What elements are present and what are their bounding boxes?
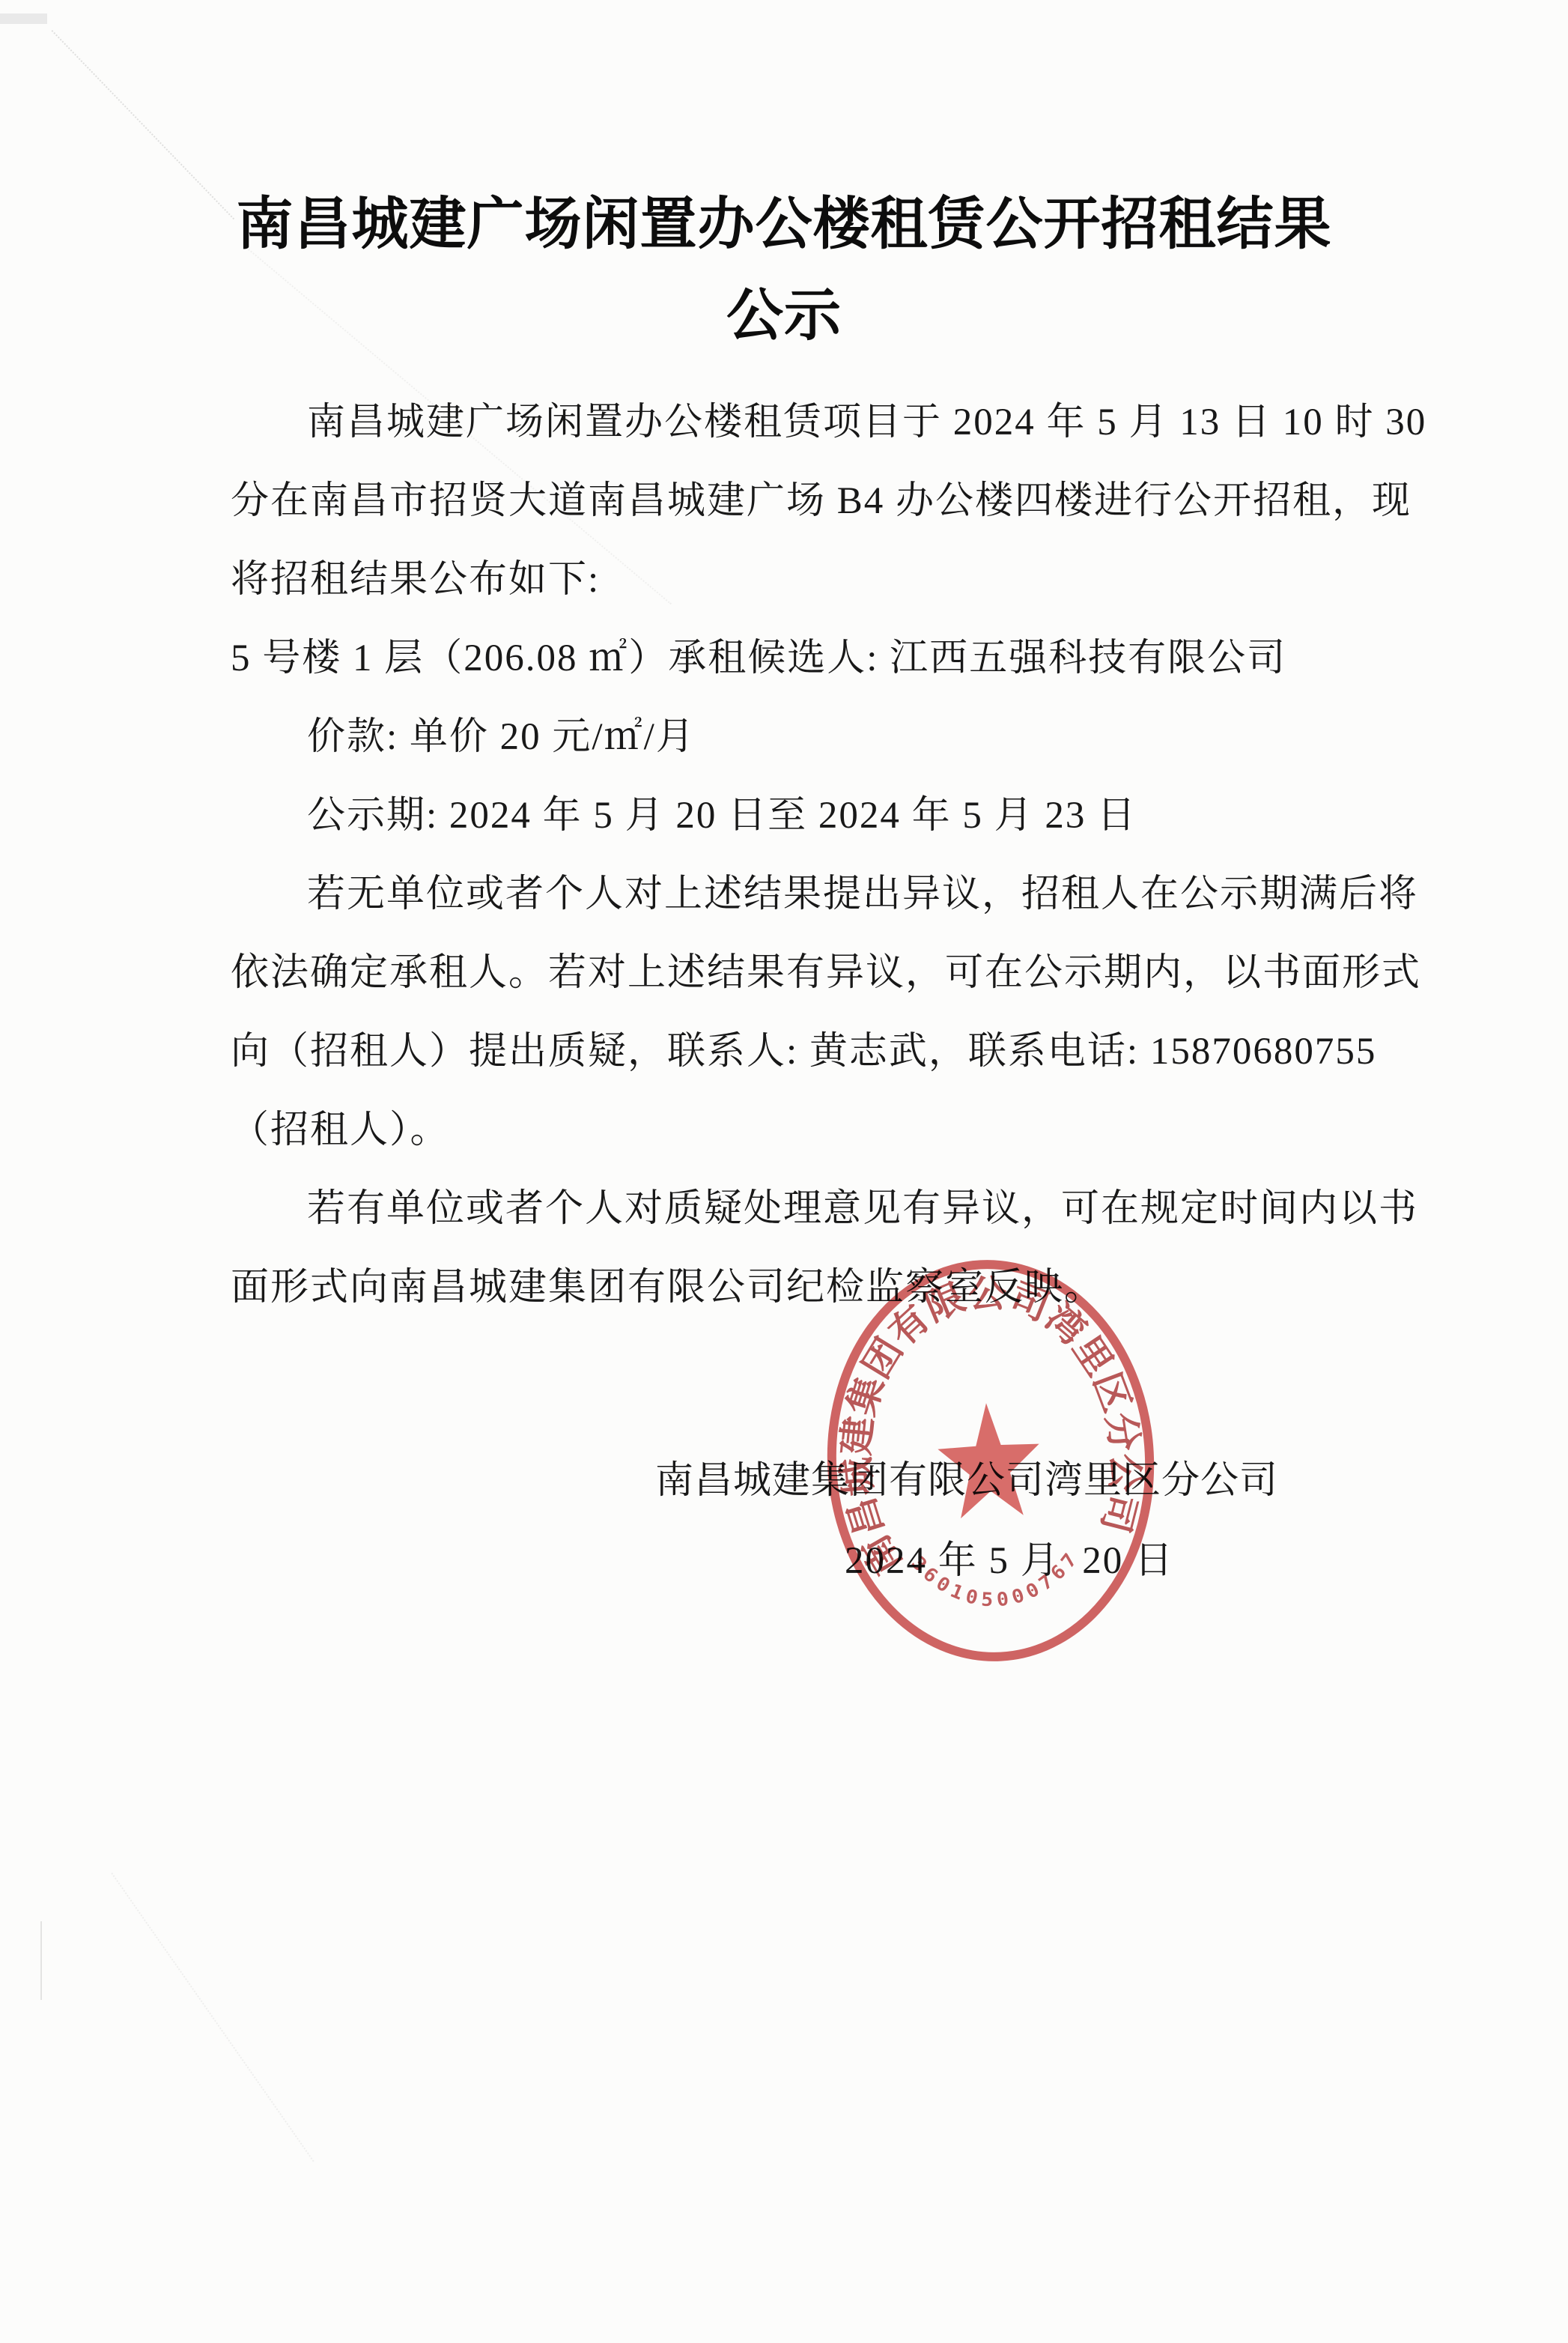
document-title: 南昌城建广场闲置办公楼租赁公开招租结果公示 xyxy=(222,178,1346,361)
body-line-1: 南昌城建广场闲置办公楼租赁项目于 2024 年 5 月 13 日 10 时 30 xyxy=(231,384,1388,462)
signature-company: 南昌城建集团有限公司湾里区分公司 xyxy=(655,1442,1278,1521)
scan-artifact-line xyxy=(40,1921,42,2000)
scan-artifact-streak xyxy=(52,30,235,219)
signature-date: 2024 年 5 月 20 日 xyxy=(845,1522,1174,1601)
body-line-2: 分在南昌市招贤大道南昌城建广场 B4 办公楼四楼进行公开招租，现 xyxy=(231,462,1388,541)
scan-artifact-streak xyxy=(111,1873,314,2162)
body-line-3: 将招租结果公布如下: xyxy=(231,541,1388,619)
scanned-document-page: 南昌城建广场闲置办公楼租赁公开招租结果公示 南昌城建广场闲置办公楼租赁项目于 2… xyxy=(0,0,1568,2343)
body-line-9: 向（招租人）提出质疑，联系人: 黄志武，联系电话: 15870680755 xyxy=(231,1013,1388,1091)
body-line-7: 若无单位或者个人对上述结果提出异议，招租人在公示期满后将 xyxy=(231,855,1388,934)
body-line-4: 5 号楼 1 层（206.08 ㎡）承租候选人: 江西五强科技有限公司 xyxy=(231,619,1388,698)
body-line-5: 价款: 单价 20 元/㎡/月 xyxy=(231,698,1388,777)
body-line-10: （招租人）。 xyxy=(231,1091,1388,1170)
scan-artifact-bar xyxy=(0,13,47,24)
body-line-8: 依法确定承租人。若对上述结果有异议，可在公示期内，以书面形式 xyxy=(231,934,1388,1013)
body-line-12: 面形式向南昌城建集团有限公司纪检监察室反映。 xyxy=(231,1249,1388,1327)
body-line-6: 公示期: 2024 年 5 月 20 日至 2024 年 5 月 23 日 xyxy=(231,777,1388,855)
document-body: 南昌城建广场闲置办公楼租赁项目于 2024 年 5 月 13 日 10 时 30… xyxy=(231,384,1388,1327)
body-line-11: 若有单位或者个人对质疑处理意见有异议，可在规定时间内以书 xyxy=(231,1170,1388,1249)
